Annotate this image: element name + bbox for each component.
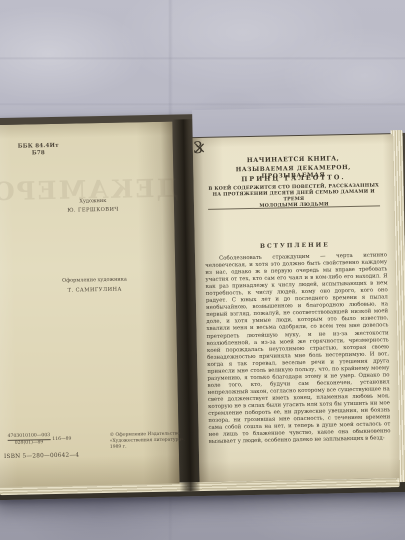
page-number: 3 bbox=[193, 138, 204, 157]
isbn-number: ISBN 5—280—00642—4 bbox=[4, 453, 79, 461]
body-paragraph: Соболезновать страждущим — черта истинно… bbox=[205, 252, 391, 446]
open-book: ДЕКАМЕРОН ББК 84.4Ит Б78 Художник Ю. ГЕР… bbox=[0, 110, 405, 500]
designer-name: Т. САМИГУЛИНА bbox=[15, 284, 175, 297]
udc-fraction: 4703010100—003 028(01)—89 bbox=[8, 433, 51, 446]
artist-name: Ю. ГЕРШКОВИЧ bbox=[13, 205, 173, 217]
artist-credit: Художник Ю. ГЕРШКОВИЧ bbox=[13, 196, 173, 217]
bbk-line-2: Б78 bbox=[18, 150, 59, 158]
background-above-right-page bbox=[192, 106, 405, 138]
product-photo: ДЕКАМЕРОН ББК 84.4Ит Б78 Художник Ю. ГЕР… bbox=[0, 0, 405, 540]
udc-code: 116—89 bbox=[52, 436, 71, 441]
right-page: НАЧИНАЕТСЯ КНИГА, НАЗЫВАЕМАЯ ДЕКАМЕРОН, … bbox=[193, 134, 400, 482]
udc-publishing-code: 4703010100—003 028(01)—89 116—89 bbox=[8, 433, 72, 446]
section-heading: ВСТУПЛЕНИЕ bbox=[205, 240, 385, 251]
udc-numerator: 4703010100—003 bbox=[8, 433, 51, 439]
designer-credit: Оформление художника Т. САМИГУЛИНА bbox=[14, 274, 174, 297]
left-page: ДЕКАМЕРОН ББК 84.4Ит Б78 Художник Ю. ГЕР… bbox=[0, 122, 180, 488]
udc-denominator: 028(01)—89 bbox=[8, 439, 51, 446]
bbk-classification: ББК 84.4Ит Б78 bbox=[18, 143, 59, 158]
